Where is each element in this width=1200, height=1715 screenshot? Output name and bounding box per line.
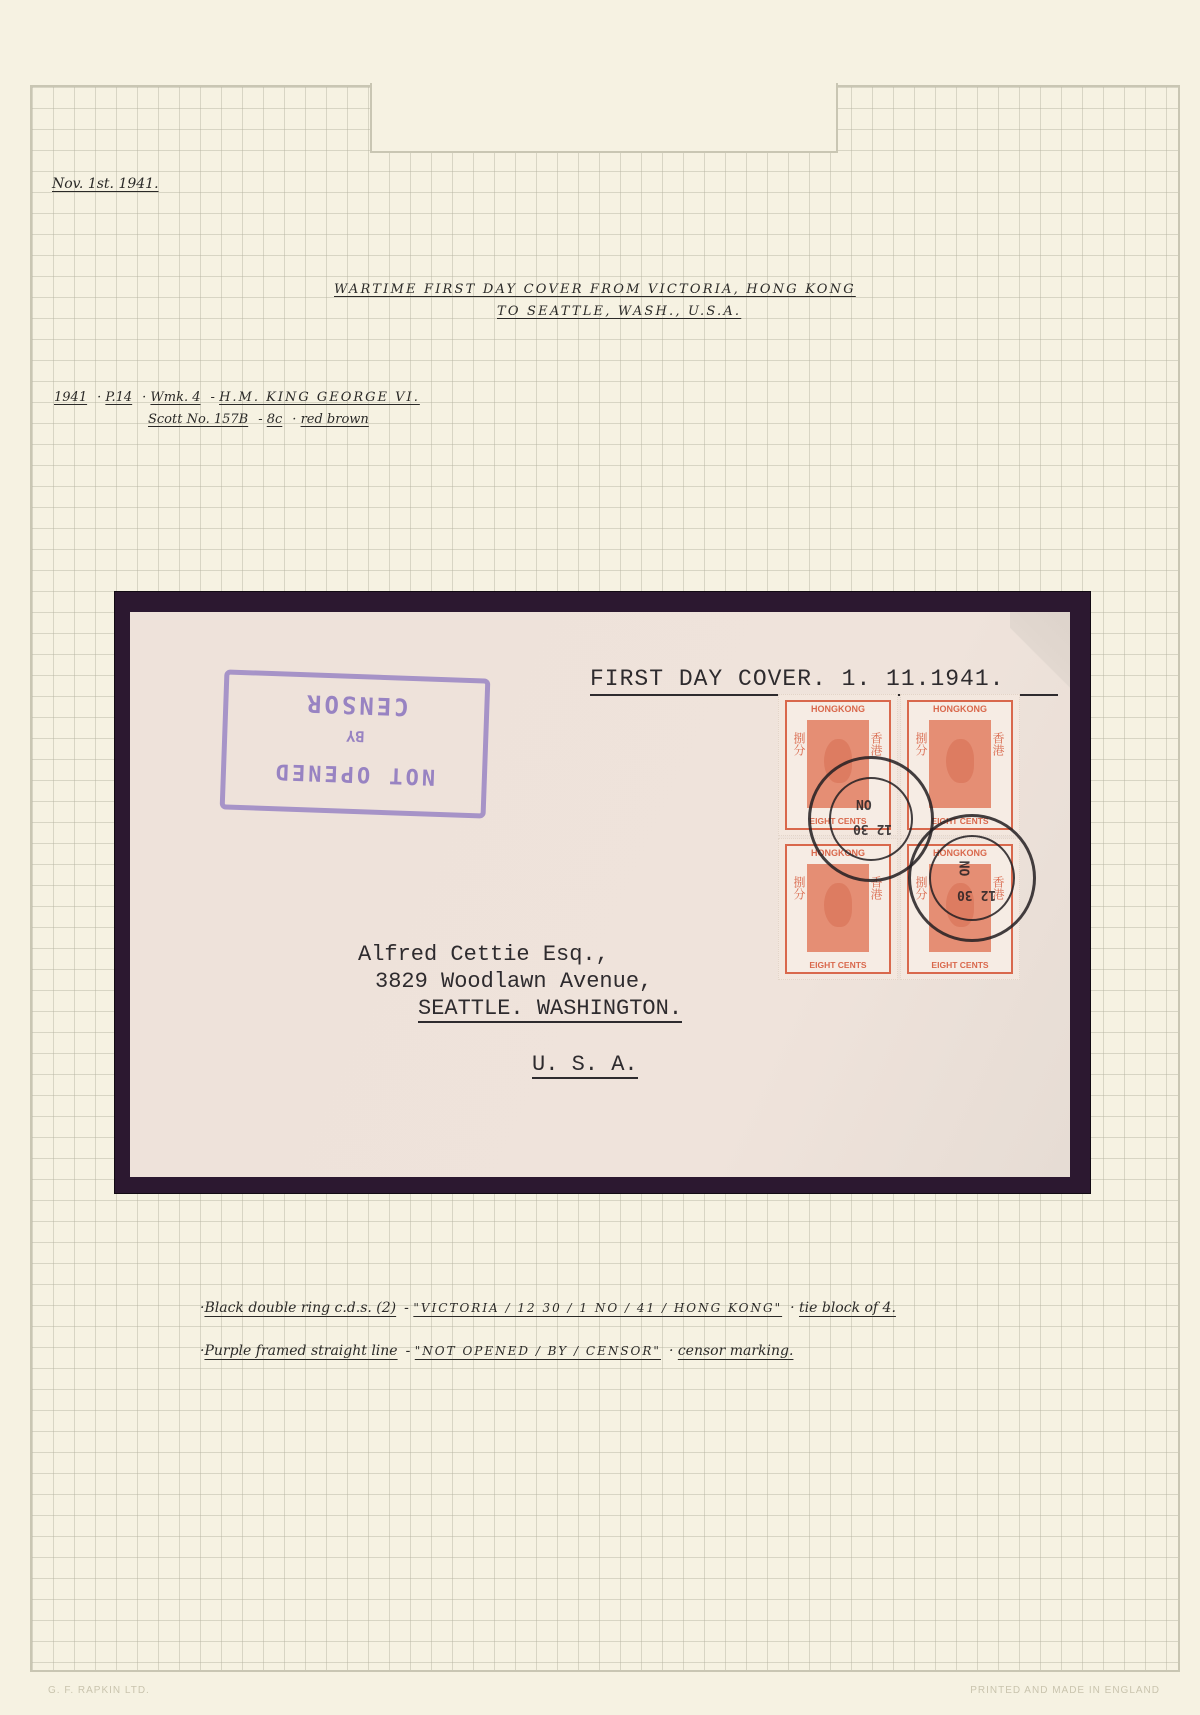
spec-perf: P.14 [105, 390, 132, 405]
censor-marking: CENSOR BY NOT OPENED [220, 669, 491, 818]
spec-denomination: 8c [267, 412, 283, 427]
annotation-censor: ·Purple framed straight line- "NOT OPENE… [200, 1343, 801, 1359]
annotation-postmark: ·Black double ring c.d.s. (2)- "VICTORIA… [200, 1300, 904, 1316]
stamp-block-of-4: HONGKONG 捌分 香港 EIGHT CENTS HONGKONG 捌分 香… [778, 694, 1028, 986]
spec-year: 1941 [54, 390, 87, 405]
date-note: Nov. 1st. 1941. [52, 176, 159, 192]
album-page: Nov. 1st. 1941. WARTIME FIRST DAY COVER … [0, 0, 1200, 1715]
spec-line-2: Scott No. 157B- 8c· red brown [148, 412, 379, 427]
address-name: Alfred Cettie Esq., [358, 942, 609, 967]
spec-color: red brown [301, 412, 369, 427]
censor-line-censor: CENSOR [228, 687, 485, 724]
envelope-cover: CENSOR BY NOT OPENED FIRST DAY COVER. 1.… [130, 612, 1070, 1177]
censor-line-by: BY [227, 723, 483, 750]
page-title-line1: WARTIME FIRST DAY COVER FROM VICTORIA, H… [334, 282, 856, 297]
spec-monarch: H.M. KING GEORGE VI. [219, 390, 420, 405]
page-title-line2: TO SEATTLE, WASH., U.S.A. [497, 304, 741, 319]
spec-scott-number: Scott No. 157B [148, 412, 248, 427]
postmark-circle: NO 12 30 [908, 814, 1036, 942]
cover-mount-frame: CENSOR BY NOT OPENED FIRST DAY COVER. 1.… [115, 592, 1090, 1193]
spec-line-1: 1941· P.14· Wmk. 4- H.M. KING GEORGE VI. [54, 390, 430, 405]
publisher-imprint: G. F. RAPKIN LTD. [48, 1685, 150, 1696]
address-city: SEATTLE. WASHINGTON. [418, 996, 682, 1023]
spec-watermark: Wmk. 4 [150, 390, 200, 405]
address-street: 3829 Woodlawn Avenue, [375, 969, 652, 994]
address-country: U. S. A. [532, 1052, 638, 1079]
king-portrait-icon [929, 720, 991, 808]
first-day-cover-heading: FIRST DAY COVER. 1. 11.1941. [590, 666, 1058, 696]
grid-notch [370, 83, 838, 153]
censor-line-not-opened: NOT OPENED [226, 757, 483, 791]
printer-imprint: PRINTED AND MADE IN ENGLAND [970, 1685, 1160, 1696]
